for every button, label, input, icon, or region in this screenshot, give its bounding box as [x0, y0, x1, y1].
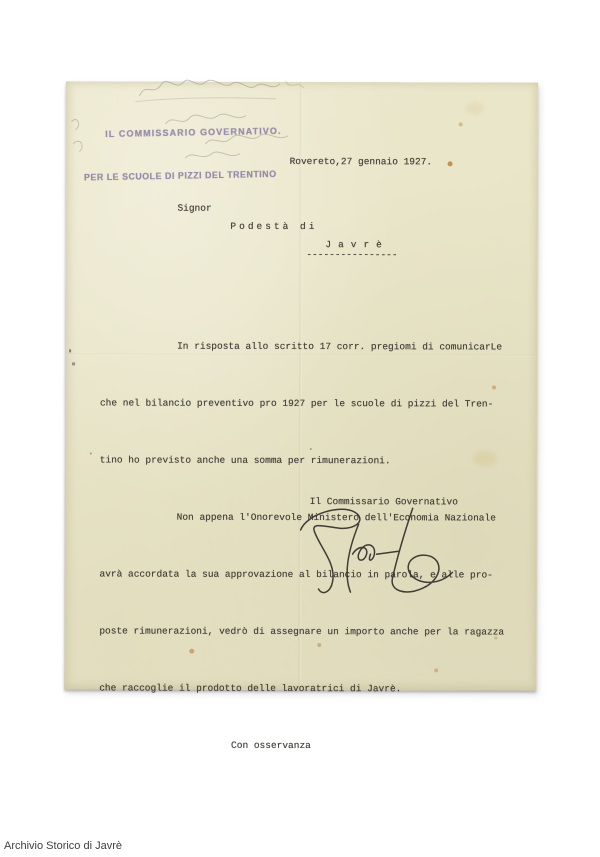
- signature-flourish: [292, 502, 468, 602]
- body-line: che raccoglie il prodotto delle lavoratr…: [99, 678, 519, 698]
- stain-spot: [494, 637, 497, 640]
- recipient-salutation: Signor: [177, 203, 211, 214]
- paper-speck: [310, 448, 312, 450]
- paper-speck: [90, 452, 92, 454]
- recipient-title: Podestà di: [230, 221, 317, 232]
- stain-spot: [466, 102, 484, 114]
- archive-page: IL COMMISSARIO GOVERNATIVO. PER LE SCUOL…: [0, 0, 600, 857]
- archive-caption: Archivio Storico di Javrè: [4, 840, 122, 852]
- stain-spot: [317, 643, 321, 647]
- scanned-letter-paper: IL COMMISSARIO GOVERNATIVO. PER LE SCUOL…: [64, 81, 538, 690]
- stamp-line-2: PER LE SCUOLE DI PIZZI DEL TRENTINO: [84, 169, 283, 183]
- body-line: che nel bilancio preventivo pro 1927 per…: [100, 393, 520, 413]
- closing-formula: Con osservanza: [99, 735, 519, 755]
- body-line: poste rimunerazioni, vedrò di assegnare …: [99, 621, 519, 641]
- dateline: Rovereto,27 gennaio 1927.: [290, 156, 433, 167]
- stain-spot: [189, 649, 194, 654]
- stain-spot: [434, 668, 438, 672]
- stain-spot: [473, 450, 497, 466]
- body-line: tino ho previsto anche una somma per rim…: [100, 450, 520, 470]
- recipient-underline: ----------------: [306, 249, 397, 260]
- paper-speck: [72, 362, 75, 365]
- stain-spot: [492, 386, 496, 390]
- stain-spot: [448, 161, 453, 166]
- paper-speck: [69, 349, 71, 352]
- body-line: In risposta allo scritto 17 corr. pregio…: [100, 336, 520, 356]
- stain-spot: [459, 122, 463, 126]
